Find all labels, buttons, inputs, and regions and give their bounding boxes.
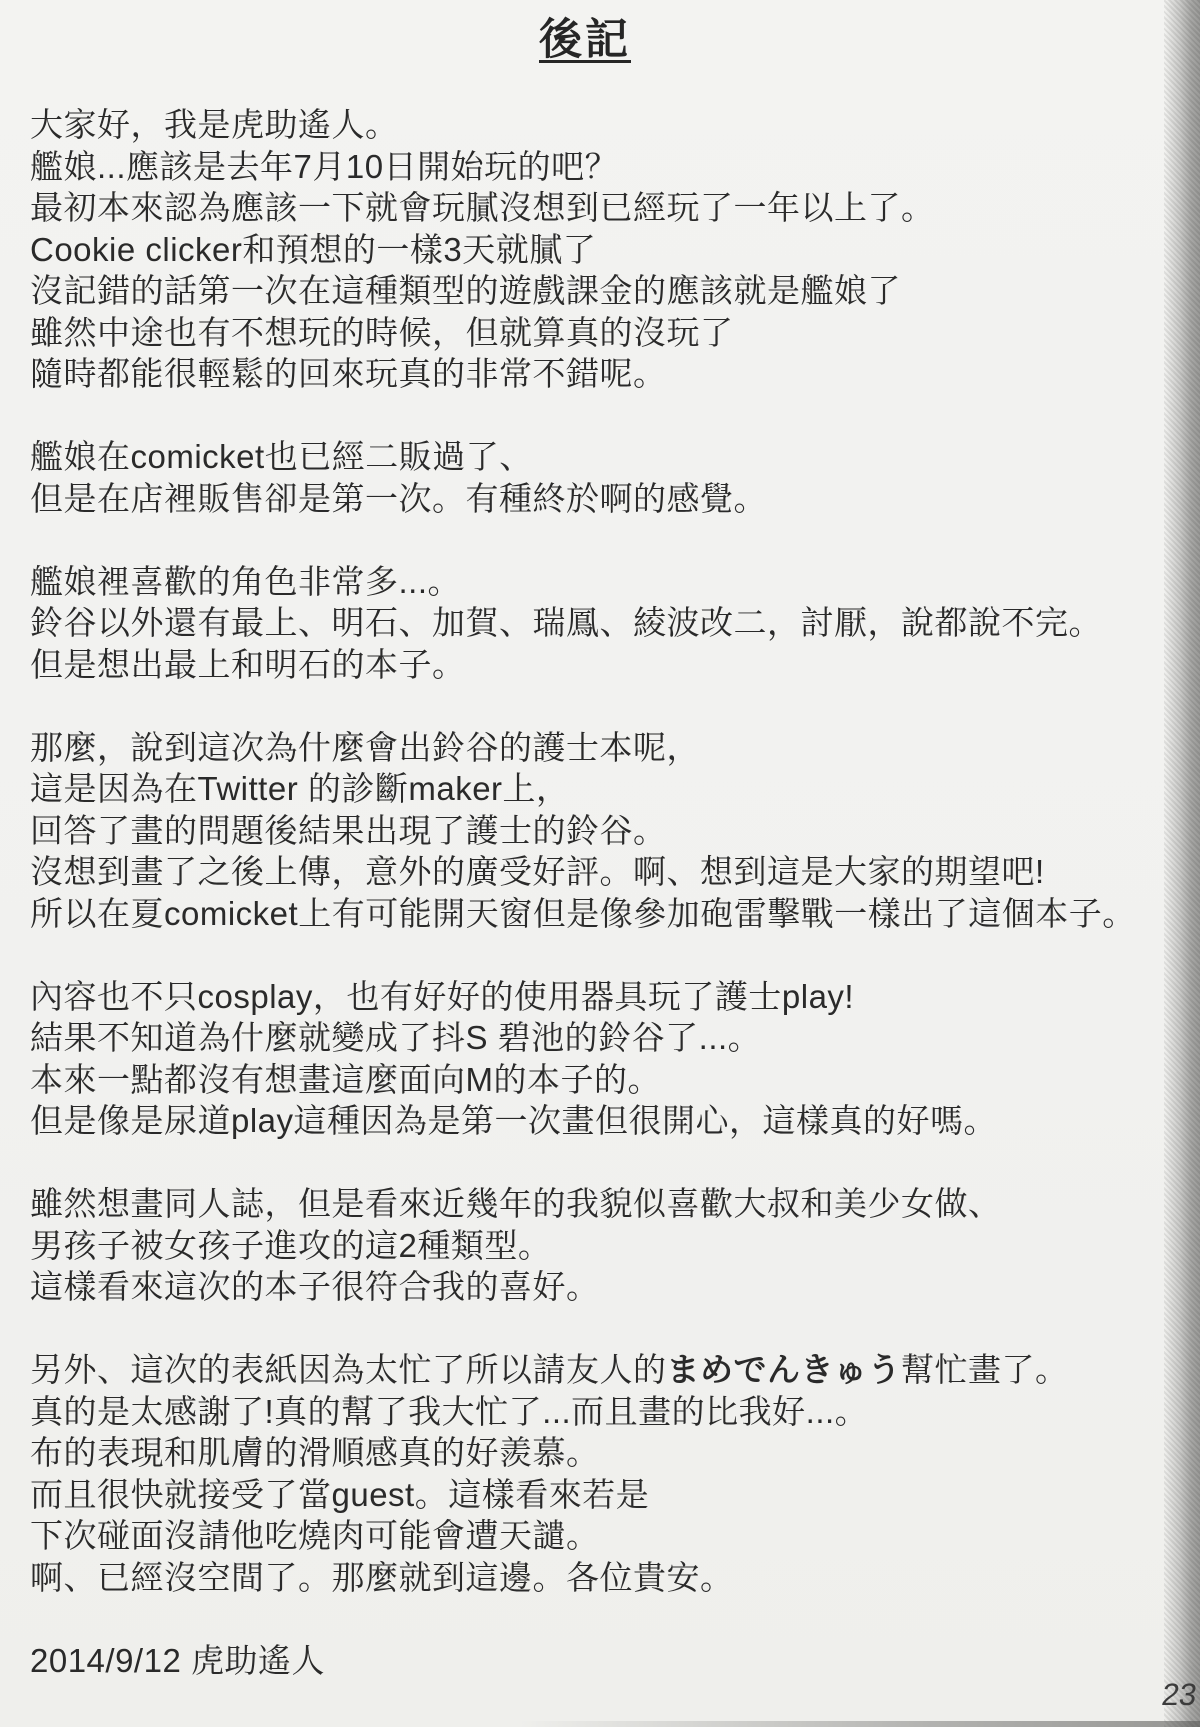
page-number: 23	[1159, 1677, 1199, 1713]
afterword-text: 大家好，我是虎助遙人。 艦娘...應該是去年7月10日開始玩的吧？ 最初本來認為…	[30, 104, 1180, 1681]
text-line: 但是在店裡販售卻是第一次。有種終於啊的感覺。	[30, 478, 1180, 520]
text-line: 但是想出最上和明石的本子。	[30, 644, 1180, 686]
text-line: 雖然中途也有不想玩的時候，但就算真的沒玩了	[30, 312, 1180, 354]
text-line: 雖然想畫同人誌，但是看來近幾年的我貌似喜歡大叔和美少女做、	[30, 1183, 1180, 1225]
text-line: 但是像是尿道play這種因為是第一次畫但很開心，這樣真的好嗎。	[30, 1100, 1180, 1142]
text-line: 這樣看來這次的本子很符合我的喜好。	[30, 1266, 1180, 1308]
guest-artist-name: まめでんきゅう	[667, 1351, 902, 1388]
text-line: 沒想到畫了之後上傳，意外的廣受好評。啊、想到這是大家的期望吧!	[30, 851, 1180, 893]
text-line: Cookie clicker和預想的一樣3天就膩了	[30, 229, 1180, 271]
paragraph-content-notes: 內容也不只cosplay，也有好好的使用器具玩了護士play! 結果不知道為什麼…	[30, 976, 1180, 1142]
paragraph-cover-thanks: 另外、這次的表紙因為太忙了所以請友人的まめでんきゅう幫忙畫了。 真的是太感謝了!…	[30, 1349, 1180, 1598]
paragraph-intro: 大家好，我是虎助遙人。 艦娘...應該是去年7月10日開始玩的吧？ 最初本來認為…	[30, 104, 1180, 395]
text-line: 艦娘在comicket也已經二販過了、	[30, 436, 1180, 478]
text-line: 下次碰面沒請他吃燒肉可能會遭天譴。	[30, 1515, 1180, 1557]
scan-edge-right	[1164, 0, 1200, 1727]
text-line: 艦娘裡喜歡的角色非常多...。	[30, 561, 1180, 603]
afterword-page: 後記 大家好，我是虎助遙人。 艦娘...應該是去年7月10日開始玩的吧？ 最初本…	[0, 0, 1200, 1727]
page-title: 後記	[0, 6, 1170, 67]
text-line: 布的表現和肌膚的滑順感真的好羨慕。	[30, 1432, 1180, 1474]
text-line: 男孩子被女孩子進攻的這2種類型。	[30, 1225, 1180, 1267]
text-line: 回答了畫的問題後結果出現了護士的鈴谷。	[30, 810, 1180, 852]
text-line: 內容也不只cosplay，也有好好的使用器具玩了護士play!	[30, 976, 1180, 1018]
text-line: 本來一點都沒有想畫這麼面向M的本子的。	[30, 1059, 1180, 1101]
paragraph-preferences: 雖然想畫同人誌，但是看來近幾年的我貌似喜歡大叔和美少女做、 男孩子被女孩子進攻的…	[30, 1183, 1180, 1308]
text-line: 而且很快就接受了當guest。這樣看來若是	[30, 1474, 1180, 1516]
text-segment: 幫忙畫了。	[901, 1351, 1069, 1388]
paragraph-nurse-origin: 那麼，說到這次為什麼會出鈴谷的護士本呢， 這是因為在Twitter 的診斷mak…	[30, 727, 1180, 935]
text-line: 最初本來認為應該一下就會玩膩沒想到已經玩了一年以上了。	[30, 187, 1180, 229]
date-signature: 2014/9/12 虎助遙人	[30, 1640, 1180, 1682]
text-line: 這是因為在Twitter 的診斷maker上，	[30, 768, 1180, 810]
text-line: 那麼，說到這次為什麼會出鈴谷的護士本呢，	[30, 727, 1180, 769]
text-line: 隨時都能很輕鬆的回來玩真的非常不錯呢。	[30, 353, 1180, 395]
text-line: 大家好，我是虎助遙人。	[30, 104, 1180, 146]
paragraph-favorite-characters: 艦娘裡喜歡的角色非常多...。 鈴谷以外還有最上、明石、加賀、瑞鳳、綾波改二，討…	[30, 561, 1180, 686]
paragraph-comicket: 艦娘在comicket也已經二販過了、 但是在店裡販售卻是第一次。有種終於啊的感…	[30, 436, 1180, 519]
text-line: 結果不知道為什麼就變成了抖S 碧池的鈴谷了...。	[30, 1017, 1180, 1059]
text-line: 真的是太感謝了!真的幫了我大忙了...而且畫的比我好...。	[30, 1391, 1180, 1433]
text-line: 鈴谷以外還有最上、明石、加賀、瑞鳳、綾波改二，討厭，說都說不完。	[30, 602, 1180, 644]
text-line: 沒記錯的話第一次在這種類型的遊戲課金的應該就是艦娘了	[30, 270, 1180, 312]
text-segment: 另外、這次的表紙因為太忙了所以請友人的	[30, 1351, 667, 1388]
text-line: 另外、這次的表紙因為太忙了所以請友人的まめでんきゅう幫忙畫了。	[30, 1349, 1180, 1391]
text-line: 啊、已經沒空間了。那麼就到這邊。各位貴安。	[30, 1557, 1180, 1599]
scan-shadow-bottom	[520, 1721, 1200, 1727]
text-line: 所以在夏comicket上有可能開天窗但是像參加砲雷擊戰一樣出了這個本子。	[30, 893, 1180, 935]
text-line: 艦娘...應該是去年7月10日開始玩的吧？	[30, 146, 1180, 188]
